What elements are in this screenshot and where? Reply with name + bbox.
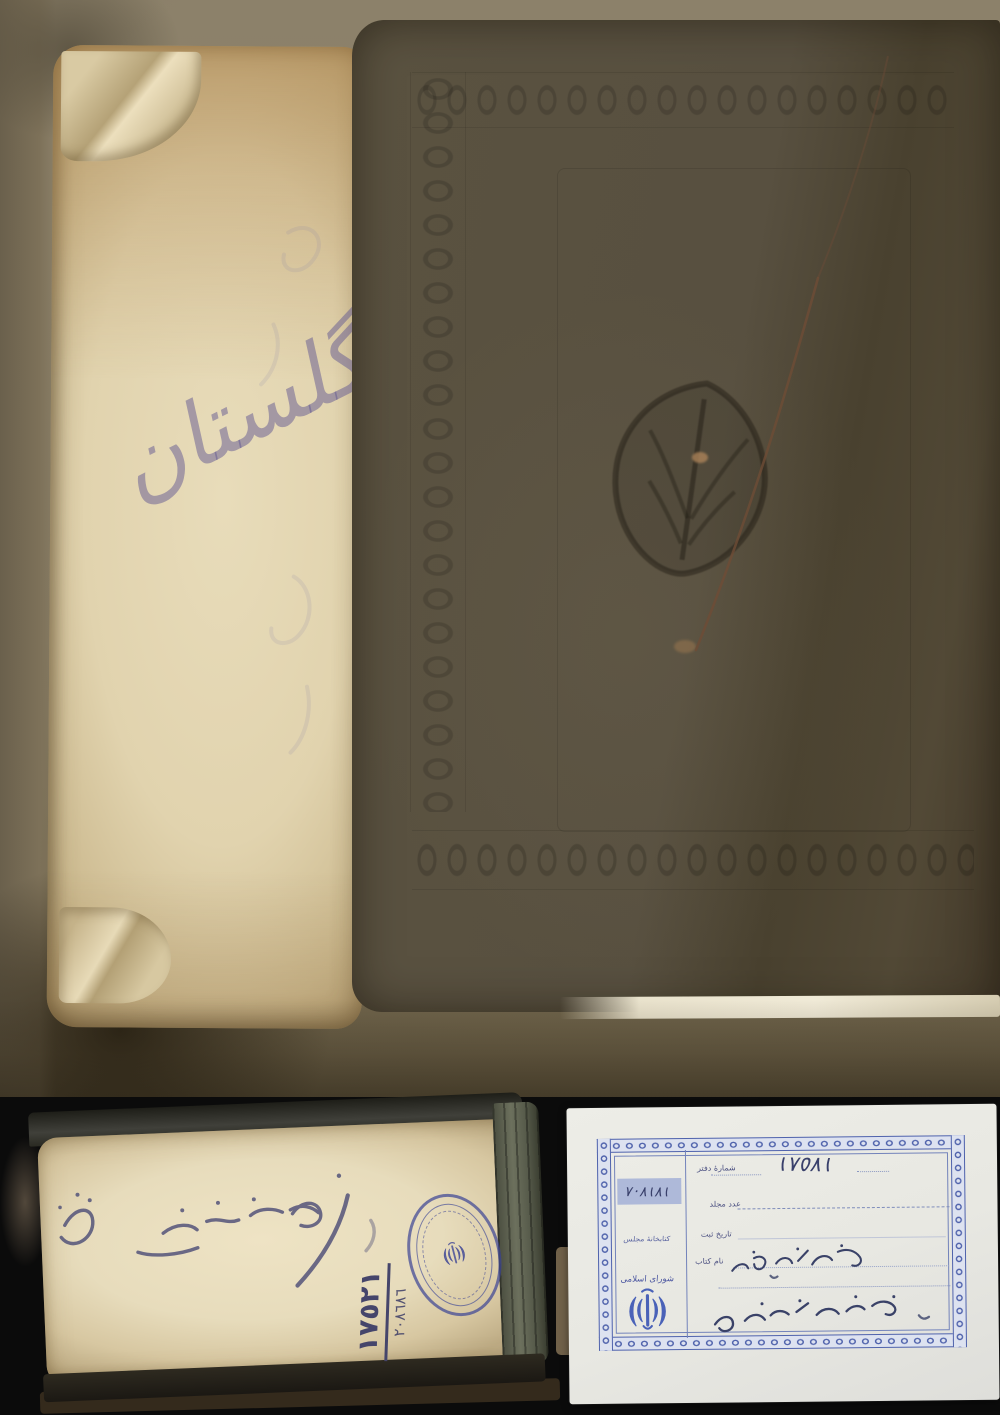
manuscript-spine-view (22, 1089, 552, 1410)
field-label-book-title: نام کتاب (695, 1257, 723, 1266)
field-label-volume-count: عدد مجلد (709, 1200, 740, 1209)
field-label-entry-date: تاریخ ثبت (701, 1230, 732, 1239)
general-number: ١٧١٧٠٨ (627, 1183, 672, 1199)
bottom-photo: ١٧٥٢١ ٢٠٨٦٨٦ ١٧١٧٠٨ کتابخانهٔ مجلس شورای… (0, 1097, 1000, 1415)
leather-cover (352, 20, 1000, 1012)
handwritten-title-strokes (724, 1241, 881, 1281)
library-register-card: ١٧١٧٠٨ کتابخانهٔ مجلس شورای اسلامی (566, 1104, 999, 1404)
ghost-ink-marks (47, 45, 369, 1029)
accession-number-main: ١٧٥٢١ (352, 1262, 390, 1362)
manuscript-fore-edge: گلستان (47, 45, 369, 1029)
frame-band-left (597, 1139, 613, 1351)
institution-name-line1: کتابخانهٔ مجلس (610, 1234, 685, 1243)
general-number-box: ١٧١٧٠٨ (617, 1178, 681, 1205)
frame-band-bottom (599, 1333, 967, 1351)
bottom-vignette (0, 1000, 1000, 1097)
top-photo: گلستان (0, 0, 1000, 1097)
scratch-mark (352, 20, 1000, 1012)
card-decorative-frame: ١٧١٧٠٨ کتابخانهٔ مجلس شورای اسلامی (597, 1135, 967, 1351)
manuscript-photo-canvas: گلستان (0, 0, 1000, 1415)
frame-band-top (597, 1135, 965, 1153)
iran-emblem-icon (626, 1288, 668, 1334)
book-board-edge (492, 1101, 549, 1365)
field-label-register-number: شمارهٔ دفتر (697, 1164, 736, 1173)
accession-number-secondary: ٢٠٨٦٨٦ (389, 1247, 412, 1378)
accession-numbers: ١٧٥٢١ ٢٠٨٦٨٦ (352, 1246, 415, 1378)
institution-name-line2: شورای اسلامی (612, 1274, 683, 1285)
register-number-handwritten: ١٧٥٨١ (755, 1152, 859, 1178)
frame-band-right (951, 1135, 967, 1347)
